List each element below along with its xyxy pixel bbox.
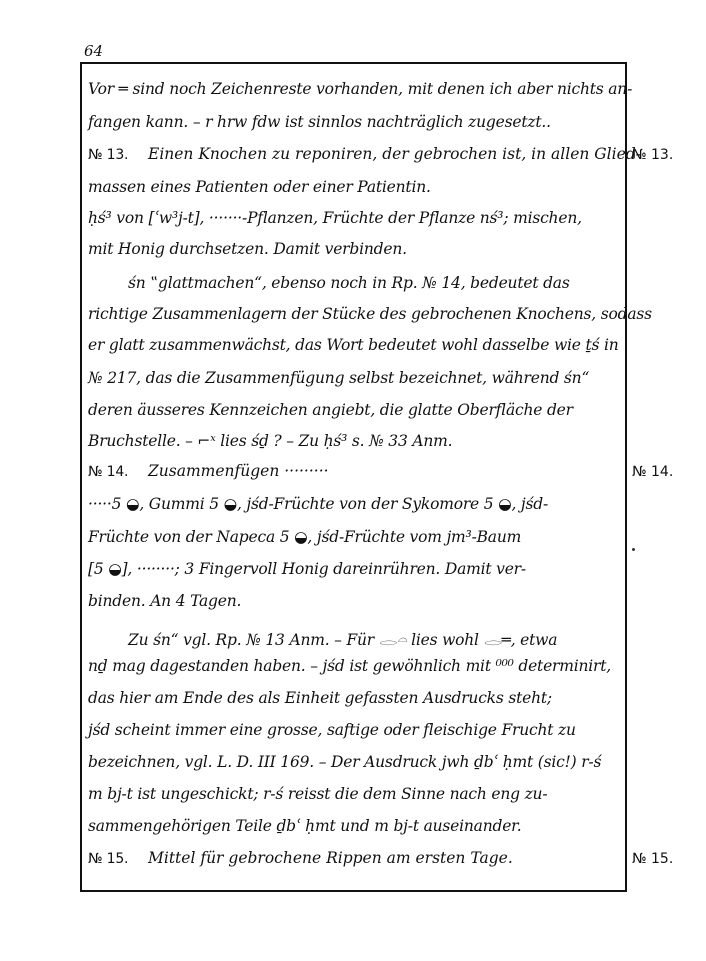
text-line: bezeichnen, vgl. L. D. III 169. – Der Au… — [88, 753, 601, 771]
text-line: fangen kann. – r hrw fdw ist sinnlos nac… — [88, 113, 551, 131]
text-line: śn ‟glattmachen“, ebenso noch in Rp. № 1… — [128, 274, 570, 292]
text-line: das hier am Ende des als Einheit gefasst… — [88, 689, 552, 707]
text-line: Vor ═ sind noch Zeichenreste vorhanden, … — [88, 80, 632, 98]
text-line: deren äusseres Kennzeichen angiebt, die … — [88, 401, 573, 419]
margin-dot — [632, 548, 635, 551]
text-line: ·····5 ◒, Gummi 5 ◒, jśd-Früchte von der… — [88, 495, 548, 513]
entry-13-margin-number: № 13. — [632, 147, 673, 163]
text-line: ḥś³ von [ʿw³j-t], ·······-Pflanzen, Früc… — [88, 209, 582, 227]
entry-13-number: № 13. — [88, 147, 128, 163]
text-line: mit Honig durchsetzen. Damit verbinden. — [88, 240, 407, 258]
text-line: er glatt zusammenwächst, das Wort bedeut… — [88, 336, 619, 354]
entry-15-number: № 15. — [88, 851, 128, 867]
text-line: [5 ◒], ········; 3 Fingervoll Honig dare… — [88, 560, 526, 578]
text-line: richtige Zusammenlagern der Stücke des g… — [88, 305, 652, 323]
text-line: № 217, das die Zusammenfügung selbst bez… — [88, 369, 589, 387]
text-line: binden. An 4 Tagen. — [88, 592, 241, 610]
text-line: jśd scheint immer eine grosse, saftige o… — [88, 721, 576, 739]
entry-14-number: № 14. — [88, 464, 128, 480]
text-line: Zu śn“ vgl. Rp. № 13 Anm. – Für 𓂋𓏏 lies … — [128, 625, 557, 651]
text-line: Bruchstelle. – ⌐ˣ lies śḏ ? – Zu ḥś³ s. … — [88, 432, 452, 450]
entry-15-margin-number: № 15. — [632, 851, 673, 867]
text-line: m bj-t ist ungeschickt; r-ś reisst die d… — [88, 785, 547, 803]
text-line: nḏ mag dagestanden haben. – jśd ist gewö… — [88, 657, 611, 675]
entry-14-title: Zusammenfügen ········· — [148, 462, 329, 480]
page-number: 64 — [84, 42, 103, 60]
text-line: sammengehörigen Teile ḏbʿ ḥmt und m bj-t… — [88, 817, 521, 835]
entry-13-title: Einen Knochen zu reponiren, der gebroche… — [148, 145, 641, 163]
entry-14-margin-number: № 14. — [632, 464, 673, 480]
text-line: Früchte von der Napeca 5 ◒, jśd-Früchte … — [88, 528, 521, 546]
text-line: massen eines Patienten oder einer Patien… — [88, 178, 431, 196]
entry-15-title: Mittel für gebrochene Rippen am ersten T… — [148, 849, 513, 867]
